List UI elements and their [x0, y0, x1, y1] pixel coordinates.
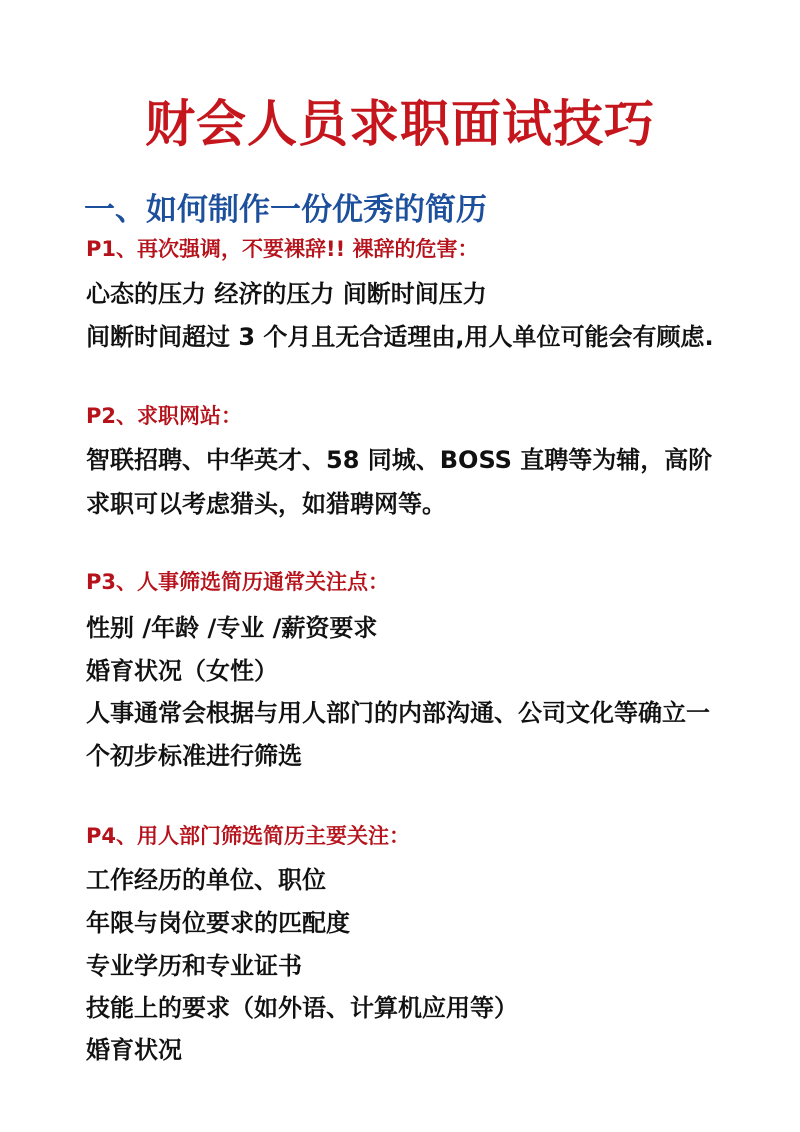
text-line: 间断时间超过 3 个月且无合适理由,用人单位可能会有顾虑.: [86, 317, 714, 352]
point-label-p3: P3、人事筛选简历通常关注点：: [86, 566, 389, 596]
point-label-p1: P1、再次强调，不要裸辞!! 裸辞的危害：: [86, 233, 478, 263]
text-line: 专业学历和专业证书: [86, 946, 302, 981]
text-line: 智联招聘、中华英才、58 同城、BOSS 直聘等为辅，高阶: [86, 440, 712, 475]
text-line: 技能上的要求（如外语、计算机应用等）: [86, 988, 518, 1023]
text-line: 个初步标准进行筛选: [86, 736, 302, 771]
point-label-p2: P2、求职网站：: [86, 400, 242, 430]
text-line: 婚育状况（女性）: [86, 651, 278, 686]
text-line: 婚育状况: [86, 1030, 182, 1065]
text-line: 性别 /年龄 /专业 /薪资要求: [86, 608, 377, 643]
text-line: 心态的压力 经济的压力 间断时间压力: [86, 274, 487, 309]
text-line: 工作经历的单位、职位: [86, 860, 326, 895]
page-title: 财会人员求职面试技巧: [0, 84, 800, 156]
section-heading: 一、如何制作一份优秀的简历: [84, 184, 487, 229]
text-line: 人事通常会根据与用人部门的内部沟通、公司文化等确立一: [86, 693, 710, 728]
text-line: 年限与岗位要求的匹配度: [86, 903, 350, 938]
text-line: 求职可以考虑猎头，如猎聘网等。: [86, 484, 446, 519]
point-label-p4: P4、用人部门筛选简历主要关注：: [86, 820, 410, 850]
